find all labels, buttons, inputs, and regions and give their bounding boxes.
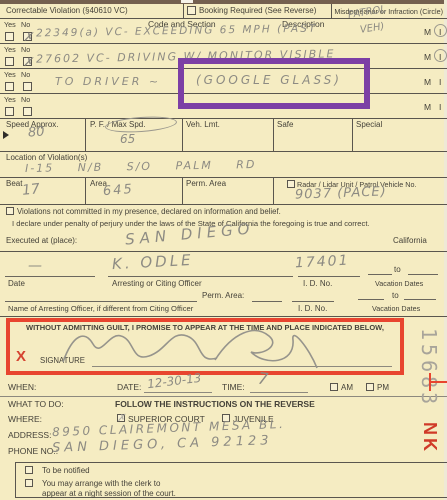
divider: [352, 118, 353, 152]
officer-initials: NK: [419, 422, 440, 454]
superior-court-checkbox[interactable]: [117, 414, 125, 422]
am-checkbox[interactable]: [330, 383, 338, 391]
divider: [298, 276, 360, 277]
divider: [0, 43, 447, 44]
divider: [358, 299, 384, 300]
phone-label: PHONE NO.:: [8, 447, 58, 456]
divider: [5, 301, 197, 302]
perm-area2-label: Perm. Area:: [202, 292, 244, 301]
where-label: WHERE:: [8, 415, 42, 424]
date-handwriting: —: [28, 259, 42, 273]
row1-handwriting: 22349(a) VC- EXCEEDING 65 MPH (PAST: [36, 24, 317, 39]
not-committed-label: Violations not committed in my presence,…: [17, 208, 281, 217]
vacation-dates-label: Vacation Dates: [375, 280, 423, 288]
red-bracket-mark: [429, 381, 447, 383]
arresting-officer-label: Name of Arresting Officer, if different …: [8, 305, 193, 313]
misdemeanor-m: M: [424, 53, 431, 62]
no-label: No: [21, 96, 30, 104]
divider: [252, 301, 282, 302]
divider: [183, 4, 184, 18]
divider: [273, 118, 274, 152]
divider: [0, 251, 447, 252]
no-label: No: [21, 21, 30, 29]
divider: [182, 177, 183, 204]
no-label: No: [21, 46, 30, 54]
scan-artifact: [181, 0, 193, 3]
divider: [182, 118, 183, 152]
row1-handwriting-end: VEH): [359, 22, 385, 36]
veh-limit-label: Veh. Lmt.: [186, 121, 220, 130]
executed-at-label: Executed at (place):: [6, 237, 77, 246]
speed-handwriting: 80: [28, 125, 45, 139]
row3-yes-checkbox[interactable]: [5, 82, 14, 91]
no-label: No: [21, 71, 30, 79]
infraction-circle-mark: [434, 49, 447, 62]
row2-yes-checkbox[interactable]: [5, 57, 14, 66]
row3-handwriting: TO DRIVER ~: [55, 76, 161, 87]
misdemeanor-m: M: [424, 103, 431, 112]
date-line: [144, 392, 212, 393]
infraction-circle-mark: [434, 24, 447, 37]
citing-officer-label: Arresting or Citing Officer: [112, 280, 202, 289]
divider: [0, 396, 447, 397]
divider: [404, 299, 436, 300]
divider: [85, 118, 86, 152]
divider: [85, 177, 86, 204]
follow-instructions-label: FOLLOW THE INSTRUCTIONS ON THE REVERSE: [115, 400, 315, 409]
signature-scrawl: [55, 322, 345, 374]
max-speed-handwriting: 65: [120, 133, 135, 145]
to-label: to: [392, 292, 399, 301]
yes-label: Yes: [4, 21, 16, 29]
divider: [331, 4, 332, 18]
top-scan-strip: [0, 0, 447, 4]
time-field-label: TIME:: [222, 383, 245, 392]
beat-handwriting: 17: [21, 182, 40, 198]
divider: [108, 276, 293, 277]
date-label: Date: [8, 280, 25, 289]
am-label: AM: [341, 384, 353, 393]
perm-area-label: Perm. Area: [186, 180, 226, 189]
id-no2-label: I. D. No.: [298, 305, 327, 314]
purple-highlight-box: [178, 58, 370, 109]
address-label: ADDRESS:: [8, 431, 51, 440]
vacation-dates2-label: Vacation Dates: [372, 305, 420, 313]
row4-yes-checkbox[interactable]: [5, 107, 14, 116]
id-no-label: I. D. No.: [303, 280, 332, 289]
to-be-notified-checkbox[interactable]: [25, 466, 33, 474]
officer-name-handwriting: K. ODLE: [112, 253, 194, 272]
correctable-violation-label: Correctable Violation (§40610 VC): [6, 7, 128, 16]
divider: [15, 462, 16, 497]
what-to-do-label: WHAT TO DO:: [8, 400, 64, 409]
when-label: WHEN:: [8, 383, 36, 392]
serial-number: 15683: [417, 328, 441, 408]
divider: [0, 316, 447, 317]
patrol-vehicle-handwriting: 9037 (PACE): [295, 185, 387, 201]
infraction-i: I: [439, 78, 441, 87]
misdemeanor-m: M: [424, 28, 431, 37]
beat-label: Beat: [6, 180, 22, 189]
row-marker-icon: [3, 131, 9, 139]
court-time-handwriting: 7: [257, 371, 269, 388]
row2-no-checkbox[interactable]: [23, 57, 32, 66]
row1-no-checkbox[interactable]: [23, 32, 32, 41]
night-session-label-1: You may arrange with the clerk to: [42, 480, 160, 489]
location-handwriting: I-15 N/B S/O PALM RD: [25, 159, 257, 174]
divider: [0, 177, 447, 178]
to-be-notified-label: To be notified: [42, 467, 90, 476]
citation-form: Correctable Violation (§40610 VC) Bookin…: [0, 0, 447, 500]
special-label: Special: [356, 121, 382, 130]
divider: [15, 462, 447, 463]
booking-required-checkbox[interactable]: [187, 6, 196, 15]
pm-label: PM: [377, 384, 389, 393]
divider: [0, 118, 447, 119]
safe-label: Safe: [277, 121, 293, 130]
area-handwriting: 645: [103, 183, 135, 198]
divider: [5, 276, 95, 277]
pm-checkbox[interactable]: [366, 383, 374, 391]
misdemeanor-m: M: [424, 78, 431, 87]
booking-required-label: Booking Required (See Reverse): [199, 7, 316, 16]
divider: [273, 177, 274, 204]
row4-no-checkbox[interactable]: [23, 107, 32, 116]
row1-yes-checkbox[interactable]: [5, 32, 14, 41]
night-session-label-2: appear at a night session of the court.: [42, 490, 176, 499]
row3-no-checkbox[interactable]: [23, 82, 32, 91]
time-line: [250, 392, 308, 393]
divider: [0, 18, 447, 19]
divider: [292, 301, 334, 302]
divider: [0, 204, 447, 205]
california-label: California: [393, 237, 427, 246]
divider: [408, 274, 438, 275]
yes-label: Yes: [4, 71, 16, 79]
not-committed-checkbox[interactable]: [6, 207, 14, 215]
night-session-checkbox[interactable]: [25, 479, 33, 487]
divider: [368, 274, 392, 275]
yes-label: Yes: [4, 46, 16, 54]
to-label: to: [394, 266, 401, 275]
infraction-i: I: [439, 103, 441, 112]
officer-id-handwriting: 17401: [295, 254, 350, 271]
yes-label: Yes: [4, 96, 16, 104]
signature-x-mark: X: [16, 349, 26, 366]
date-field-label: DATE:: [117, 383, 141, 392]
divider: [0, 151, 447, 152]
